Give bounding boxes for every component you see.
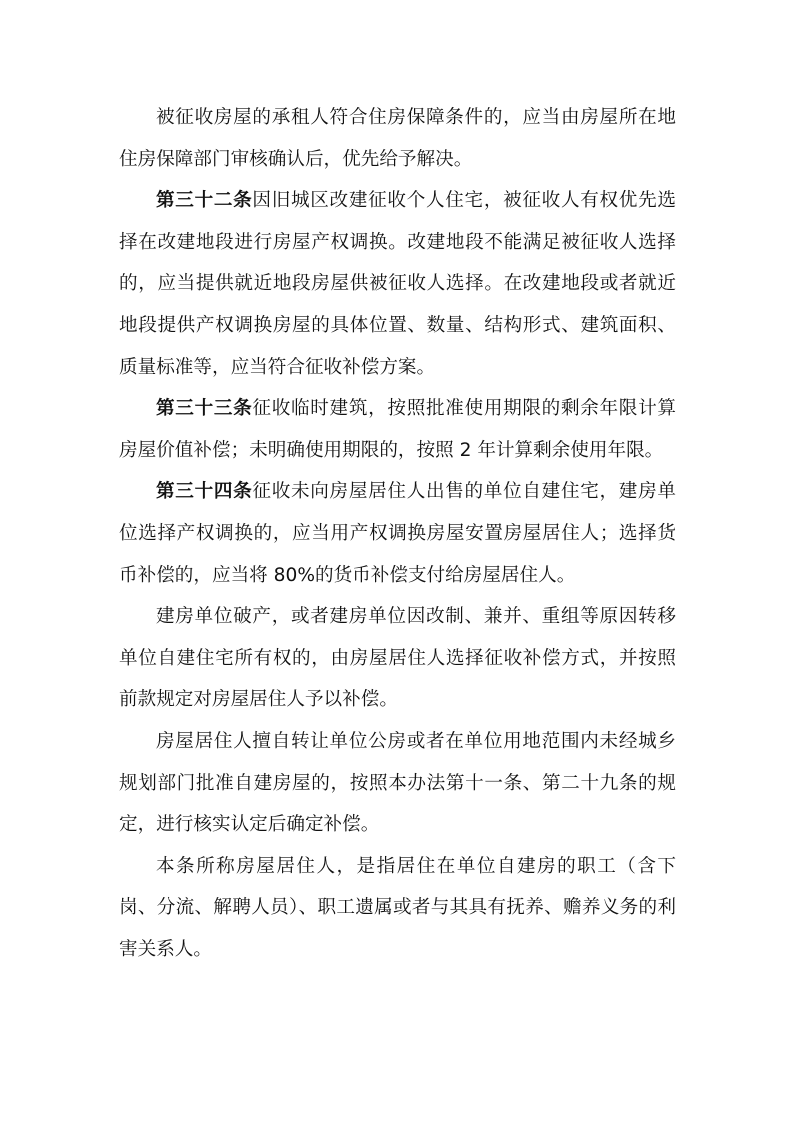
article-number: 第三十二条: [156, 190, 252, 211]
paragraph-text: 本条所称房屋居住人，是指居住在单位自建房的职工（含下岗、分流、解聘人员）、职工遗…: [119, 856, 676, 960]
paragraph-text: 因旧城区改建征收个人住宅，被征收人有权优先选择在改建地段进行房屋产权调换。改建地…: [119, 190, 676, 377]
article-number: 第三十四条: [156, 481, 252, 502]
article-number: 第三十三条: [156, 398, 252, 419]
paragraph-text: 被征收房屋的承租人符合住房保障条件的，应当由房屋所在地住房保障部门审核确认后，优…: [119, 107, 676, 170]
paragraph-article-33: 第三十三条征收临时建筑，按照批准使用期限的剩余年限计算房屋价值补偿；未明确使用期…: [119, 388, 676, 471]
paragraph-resident-definition: 本条所称房屋居住人，是指居住在单位自建房的职工（含下岗、分流、解聘人员）、职工遗…: [119, 846, 676, 971]
paragraph-article-34: 第三十四条征收未向房屋居住人出售的单位自建住宅，建房单位选择产权调换的，应当用产…: [119, 471, 676, 596]
paragraph-text: 房屋居住人擅自转让单位公房或者在单位用地范围内未经城乡规划部门批准自建房屋的，按…: [119, 731, 676, 835]
paragraph-article-32: 第三十二条因旧城区改建征收个人住宅，被征收人有权优先选择在改建地段进行房屋产权调…: [119, 180, 676, 388]
paragraph-unit-bankruptcy: 建房单位破产，或者建房单位因改制、兼并、重组等原因转移单位自建住宅所有权的，由房…: [119, 596, 676, 721]
paragraph-unauthorized-transfer: 房屋居住人擅自转让单位公房或者在单位用地范围内未经城乡规划部门批准自建房屋的，按…: [119, 721, 676, 846]
paragraph-tenant-housing-security: 被征收房屋的承租人符合住房保障条件的，应当由房屋所在地住房保障部门审核确认后，优…: [119, 97, 676, 180]
document-page: 被征收房屋的承租人符合住房保障条件的，应当由房屋所在地住房保障部门审核确认后，优…: [119, 97, 676, 970]
paragraph-text: 建房单位破产，或者建房单位因改制、兼并、重组等原因转移单位自建住宅所有权的，由房…: [119, 606, 676, 710]
